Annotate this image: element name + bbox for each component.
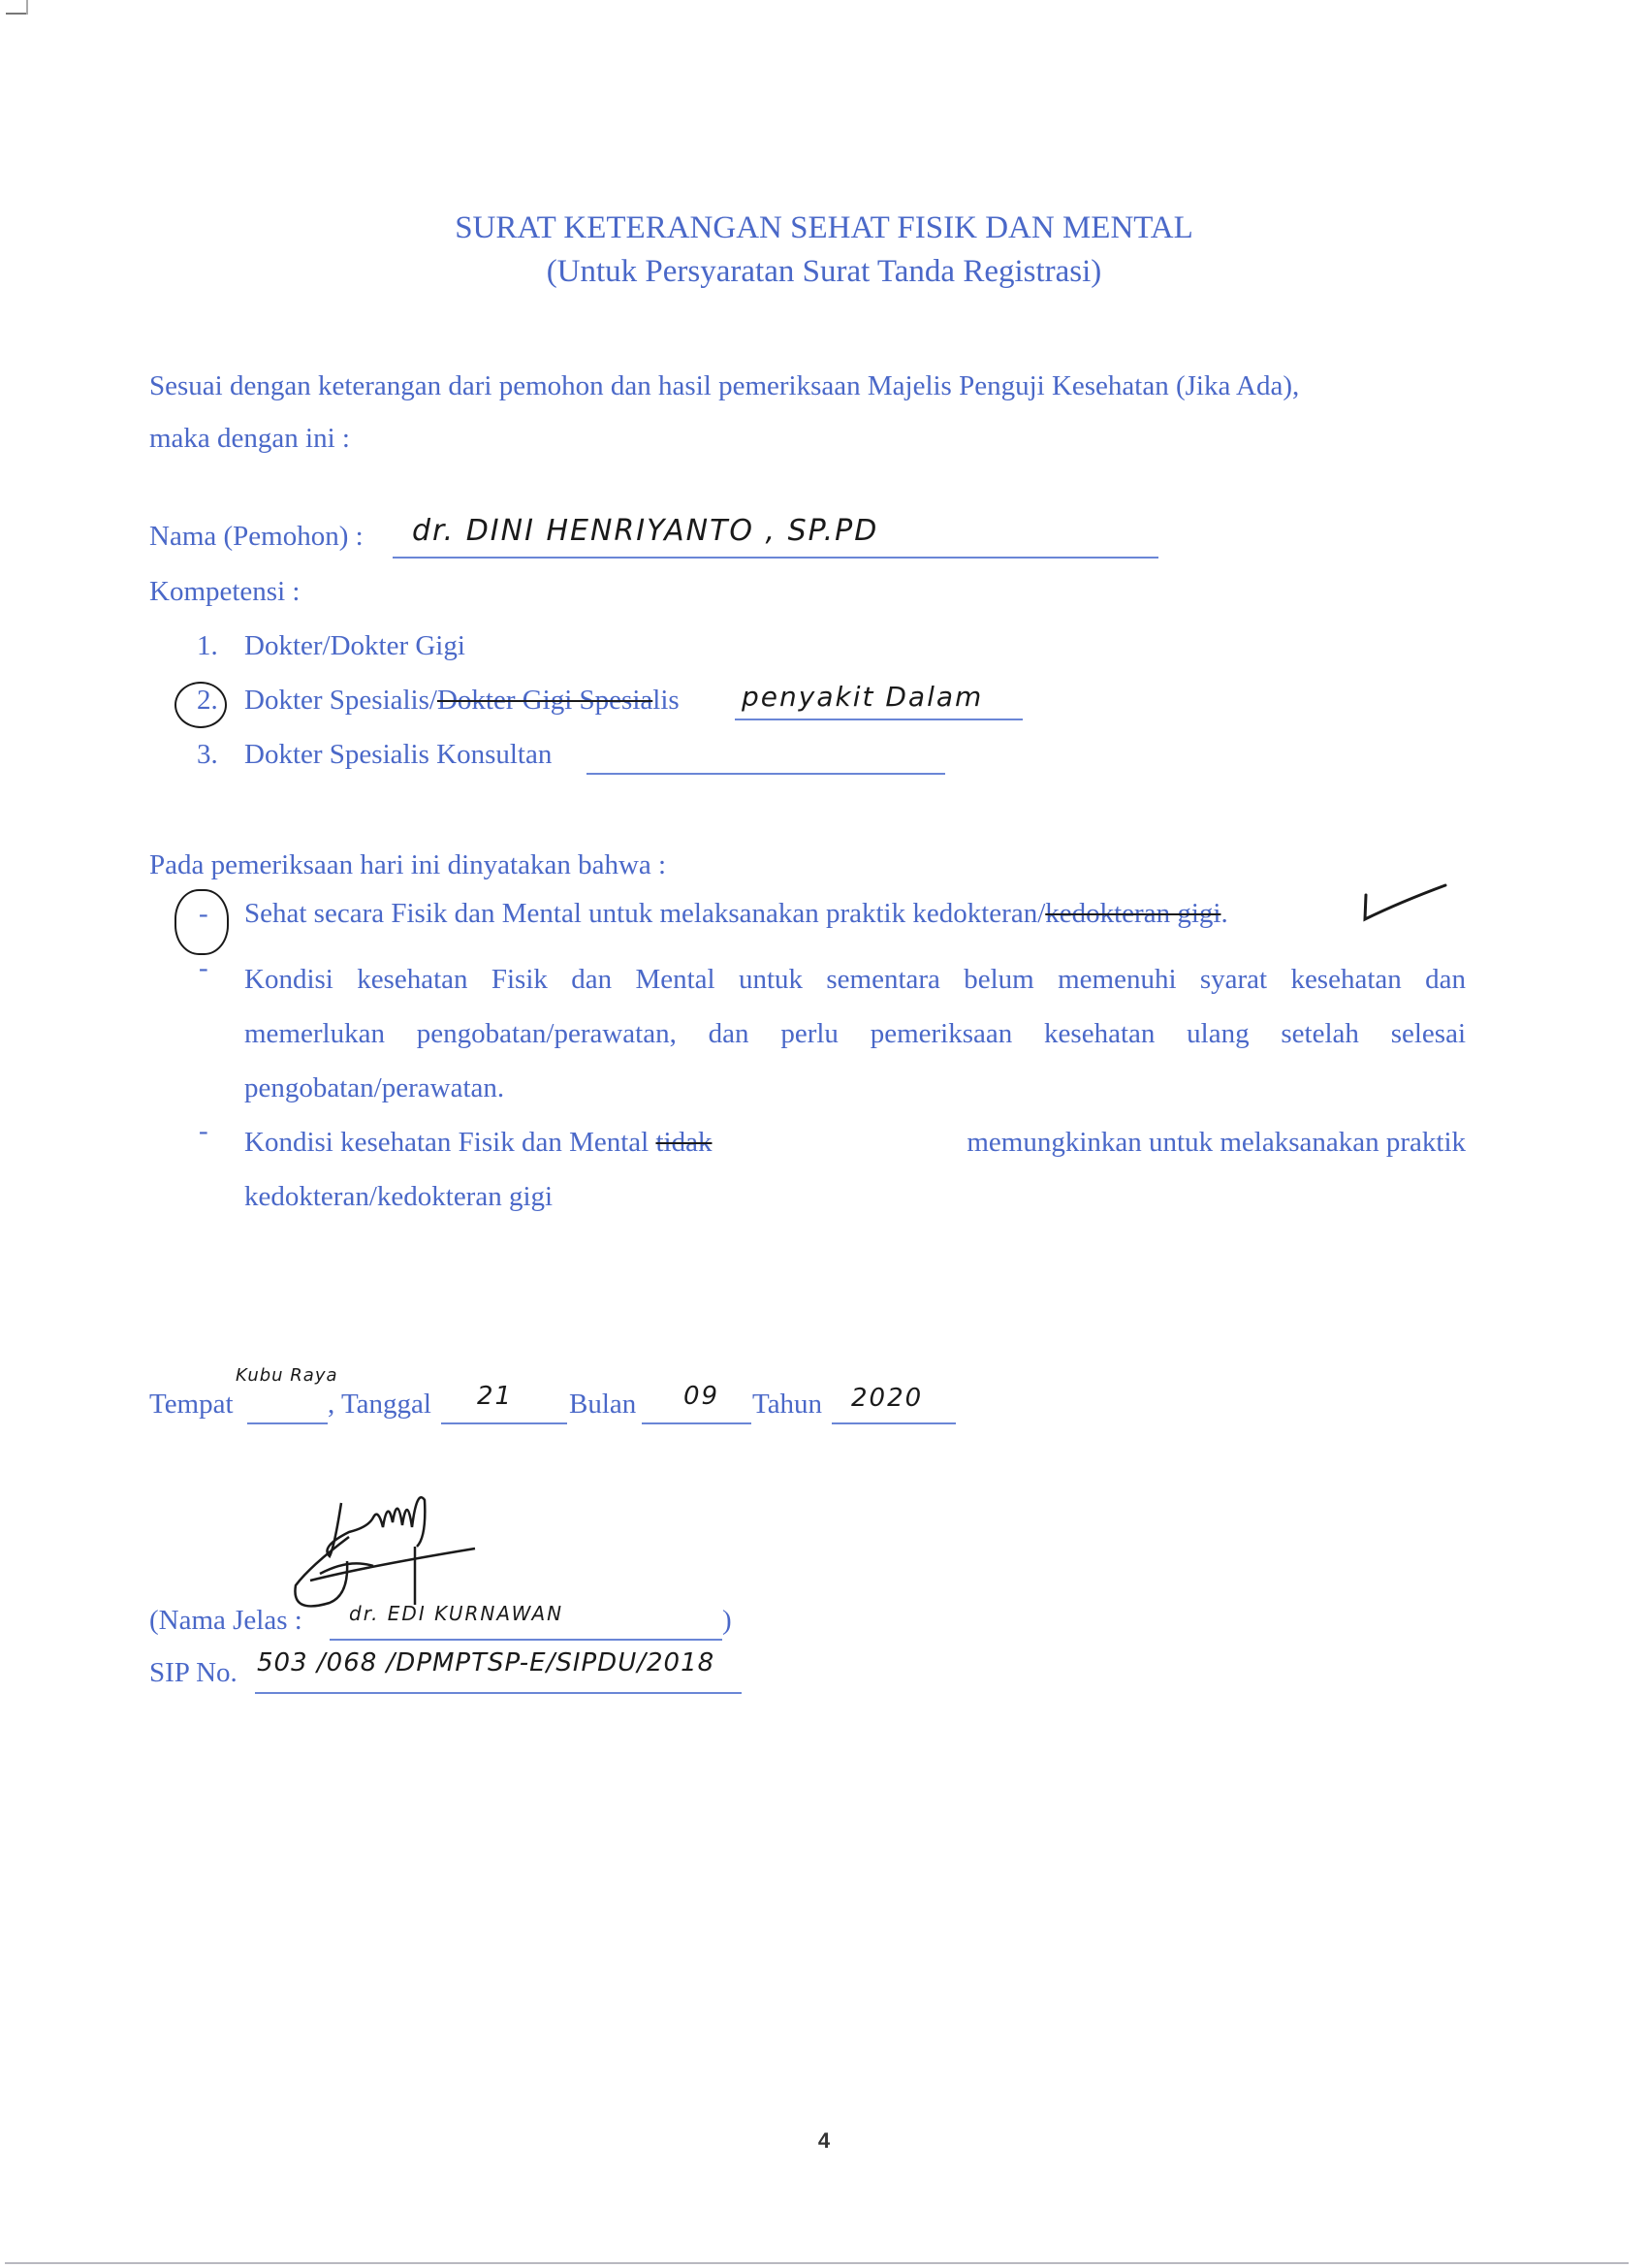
place-field-line xyxy=(247,1422,328,1424)
place-field[interactable]: Kubu Raya xyxy=(236,1365,338,1386)
scan-bottom-edge xyxy=(5,2262,1629,2264)
statement-3-suffix: memungkinkan untuk melaksanakan praktik xyxy=(960,1115,1466,1169)
statement-1-bullet: - xyxy=(199,898,208,930)
competence-label: Kompetensi : xyxy=(149,576,300,608)
month-field[interactable]: 09 xyxy=(683,1382,719,1411)
applicant-label: Nama (Pemohon) : xyxy=(149,521,364,553)
signature-icon xyxy=(281,1488,485,1619)
signatory-name-field[interactable]: dr. EDI KURNAWAN xyxy=(349,1602,563,1625)
scan-corner-mark-vertical xyxy=(26,0,28,15)
competence-item-3: Dokter Spesialis Konsultan xyxy=(244,739,552,771)
consultant-field-line[interactable] xyxy=(586,773,945,775)
checkmark-icon xyxy=(1362,878,1449,926)
year-field[interactable]: 2020 xyxy=(851,1384,923,1413)
intro-line-1: Sesuai dengan keterangan dari pemohon da… xyxy=(149,359,1468,413)
date-field-line xyxy=(441,1422,567,1424)
statement-2-bullet: - xyxy=(199,952,208,984)
signatory-name-field-line xyxy=(330,1639,722,1641)
date-label: , Tanggal xyxy=(328,1389,431,1421)
statement-2-line-1: Kondisi kesehatan Fisik dan Mental untuk… xyxy=(244,952,1466,1006)
signatory-name-label: (Nama Jelas : xyxy=(149,1605,302,1637)
sip-label: SIP No. xyxy=(149,1657,238,1689)
date-field[interactable]: 21 xyxy=(477,1382,513,1411)
document-subtitle: (Untuk Persyaratan Surat Tanda Registras… xyxy=(0,250,1648,293)
statement-1-struck: kedokteran gigi xyxy=(1045,898,1220,929)
competence-item-2-number: 2. xyxy=(197,685,218,717)
statement-3-struck: tidak xyxy=(655,1127,712,1158)
specialty-field-line xyxy=(735,719,1023,720)
statement-1-suffix: . xyxy=(1220,898,1227,929)
month-field-line xyxy=(642,1422,751,1424)
sip-number-field[interactable]: 503 /068 /DPMPTSP-E/SIPDU/2018 xyxy=(257,1648,714,1677)
scan-corner-mark xyxy=(6,13,27,15)
applicant-field-line xyxy=(393,557,1158,559)
competence-item-1-number: 1. xyxy=(197,630,218,662)
competence-item-2-text: Dokter Spesialis/ xyxy=(244,685,437,716)
competence-item-1: Dokter/Dokter Gigi xyxy=(244,630,465,662)
document-title: SURAT KETERANGAN SEHAT FISIK DAN MENTAL xyxy=(0,207,1648,249)
place-label: Tempat xyxy=(149,1389,234,1421)
statement-3-text: Kondisi kesehatan Fisik dan Mental xyxy=(244,1127,655,1158)
specialty-field[interactable]: penyakit Dalam xyxy=(742,681,983,713)
intro-line-2: maka dengan ini : xyxy=(149,411,1468,465)
statement-1-text: Sehat secara Fisik dan Mental untuk mela… xyxy=(244,898,1045,929)
year-field-line xyxy=(832,1422,956,1424)
statement-2-line-2: memerlukan pengobatan/perawatan, dan per… xyxy=(244,1006,1466,1061)
applicant-name-field[interactable]: dr. DINI HENRIYANTO , SP.PD xyxy=(412,514,878,548)
year-label: Tahun xyxy=(752,1389,822,1421)
statement-1: Sehat secara Fisik dan Mental untuk mela… xyxy=(244,898,1228,930)
statement-2-line-3: pengobatan/perawatan. xyxy=(244,1061,1466,1115)
month-label: Bulan xyxy=(569,1389,636,1421)
sip-field-line xyxy=(255,1692,742,1694)
competence-item-2-suffix: lis xyxy=(652,685,679,716)
examination-label: Pada pemeriksaan hari ini dinyatakan bah… xyxy=(149,849,666,881)
statement-3-line-1: Kondisi kesehatan Fisik dan Mental tidak… xyxy=(244,1115,1466,1169)
page-number: 4 xyxy=(0,2128,1648,2154)
competence-item-2: Dokter Spesialis/Dokter Gigi Spesialis xyxy=(244,685,680,717)
competence-item-2-struck: Dokter Gigi Spesia xyxy=(437,685,652,716)
statement-3-bullet: - xyxy=(199,1115,208,1147)
signatory-close-paren: ) xyxy=(722,1605,732,1637)
statement-3-line-2: kedokteran/kedokteran gigi xyxy=(244,1169,1466,1224)
competence-item-3-number: 3. xyxy=(197,739,218,771)
